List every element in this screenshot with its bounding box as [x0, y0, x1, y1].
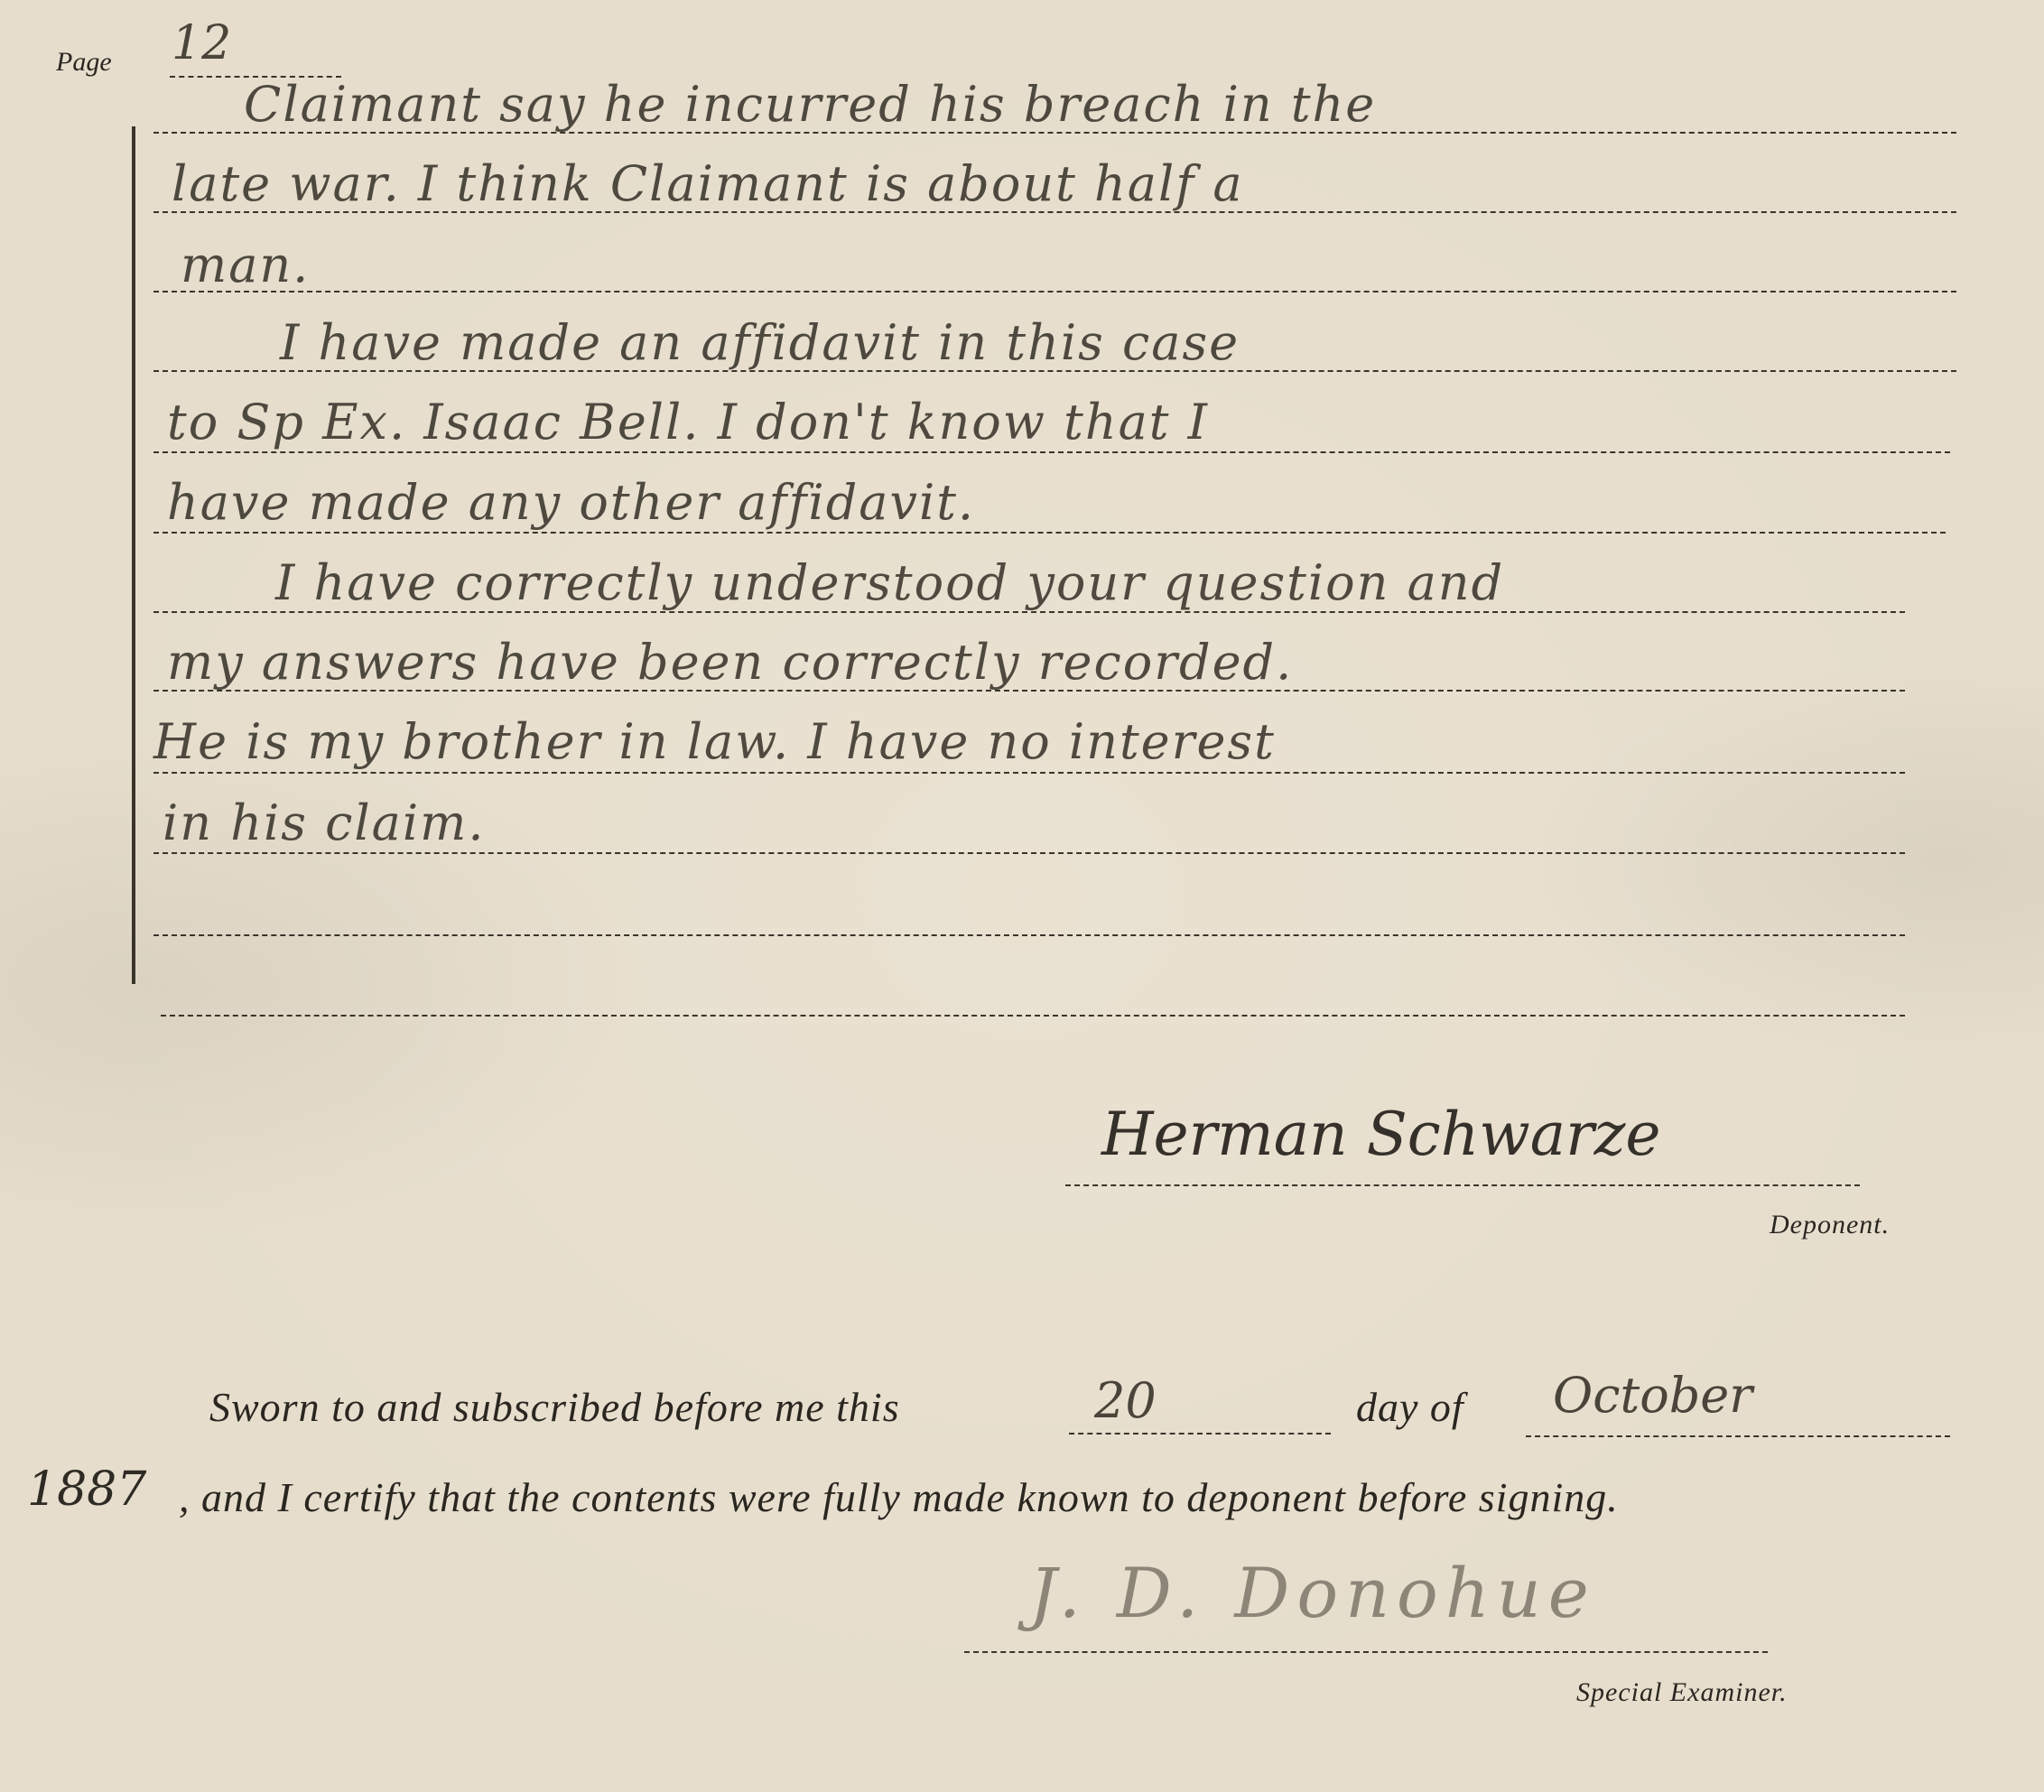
testimony-line: to Sp Ex. Isaac Bell. I don't know that …	[167, 394, 1209, 450]
examiner-signature: J. D. Donohue	[1029, 1553, 1596, 1633]
page-label: Page	[56, 47, 112, 78]
ruled-line	[153, 451, 1950, 453]
testimony-line: I have made an affidavit in this case	[280, 314, 1240, 371]
margin-bracket	[132, 126, 135, 984]
oath-text-middle: day of	[1356, 1383, 1464, 1431]
deponent-caption: Deponent.	[1770, 1210, 1890, 1240]
ruled-line	[153, 772, 1905, 774]
examiner-caption: Special Examiner.	[1576, 1677, 1788, 1708]
testimony-line: He is my brother in law. I have no inter…	[153, 713, 1276, 770]
page-number-field: 12	[170, 14, 341, 78]
day-blank-line	[1069, 1433, 1331, 1435]
deponent-signature: Herman Schwarze	[1101, 1100, 1661, 1169]
month-blank-line	[1526, 1435, 1950, 1437]
oath-text-certify: , and I certify that the contents were f…	[179, 1473, 1619, 1521]
ruled-line	[153, 934, 1905, 936]
testimony-line: Claimant say he incurred his breach in t…	[244, 76, 1376, 133]
day-value: 20	[1094, 1372, 1157, 1429]
testimony-line: have made any other affidavit.	[167, 474, 975, 531]
ruled-line	[161, 1015, 1905, 1017]
deponent-signature-line	[1065, 1184, 1860, 1186]
ruled-line	[153, 852, 1905, 854]
testimony-line: my answers have been correctly recorded.	[167, 634, 1293, 691]
testimony-line: I have correctly understood your questio…	[275, 554, 1504, 611]
oath-text-prefix: Sworn to and subscribed before me this	[209, 1383, 900, 1431]
testimony-line: man.	[181, 237, 310, 293]
year-value: 1887	[27, 1462, 146, 1517]
testimony-line: late war. I think Claimant is about half…	[172, 155, 1244, 212]
ruled-line	[153, 611, 1905, 613]
ruled-line	[153, 291, 1956, 292]
month-value: October	[1553, 1367, 1752, 1424]
testimony-line: in his claim.	[163, 794, 486, 851]
ruled-line	[153, 532, 1946, 534]
page-number-value: 12	[172, 16, 231, 70]
examiner-signature-line	[964, 1651, 1768, 1653]
